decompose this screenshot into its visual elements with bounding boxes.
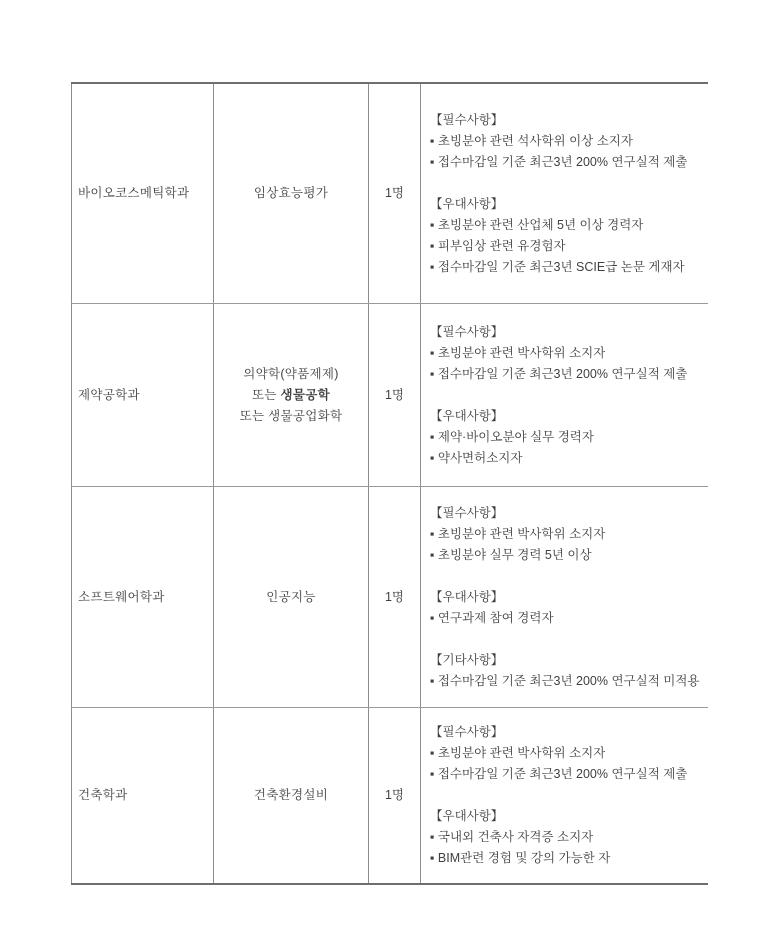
- requirement-section: 【필수사항】▪ 초빙분야 관련 박사학위 소지자▪ 접수마감일 기준 최근3년 …: [430, 322, 706, 385]
- table-row: 소프트웨어학과 인공지능 1명 【필수사항】▪ 초빙분야 관련 박사학위 소지자…: [71, 486, 708, 707]
- requirements-cell: 【필수사항】▪ 초빙분야 관련 석사학위 이상 소지자▪ 접수마감일 기준 최근…: [420, 84, 708, 303]
- table-row: 바이오코스메틱학과 임상효능평가 1명 【필수사항】▪ 초빙분야 관련 석사학위…: [71, 84, 708, 303]
- requirements-cell: 【필수사항】▪ 초빙분야 관련 박사학위 소지자▪ 초빙분야 실무 경력 5년 …: [420, 487, 708, 707]
- field-segment: 또는: [252, 388, 281, 402]
- department-cell: 소프트웨어학과: [71, 487, 213, 707]
- count-label: 1명: [385, 785, 404, 806]
- department-cell: 바이오코스메틱학과: [71, 84, 213, 303]
- table-row: 제약공학과 의약학(약품제제)또는 생물공학또는 생물공업화학 1명 【필수사항…: [71, 303, 708, 486]
- field-line: 건축환경설비: [254, 785, 328, 806]
- department-label: 제약공학과: [78, 385, 140, 406]
- requirement-item: ▪ 피부임상 관련 유경험자: [430, 236, 706, 257]
- count-label: 1명: [385, 587, 404, 608]
- field-segment: 건축환경설비: [254, 788, 328, 802]
- requirement-item: ▪ BIM관련 경험 및 강의 가능한 자: [430, 848, 706, 869]
- requirement-item: ▪ 접수마감일 기준 최근3년 200% 연구실적 제출: [430, 152, 706, 173]
- section-title: 【기타사항】: [430, 650, 706, 671]
- field-cell: 의약학(약품제제)또는 생물공학또는 생물공업화학: [213, 304, 368, 486]
- requirement-section: 【우대사항】▪ 연구과제 참여 경력자: [430, 587, 706, 629]
- requirements-cell: 【필수사항】▪ 초빙분야 관련 박사학위 소지자▪ 접수마감일 기준 최근3년 …: [420, 304, 708, 486]
- field-cell: 인공지능: [213, 487, 368, 707]
- requirement-item: ▪ 초빙분야 관련 박사학위 소지자: [430, 343, 706, 364]
- requirement-section: 【필수사항】▪ 초빙분야 관련 석사학위 이상 소지자▪ 접수마감일 기준 최근…: [430, 110, 706, 173]
- department-label: 바이오코스메틱학과: [78, 183, 189, 204]
- field-segment: 의약학(약품제제): [243, 367, 339, 381]
- requirement-item: ▪ 접수마감일 기준 최근3년 200% 연구실적 제출: [430, 364, 706, 385]
- field-line: 또는 생물공업화학: [240, 406, 343, 427]
- requirement-item: ▪ 접수마감일 기준 최근3년 200% 연구실적 미적용: [430, 671, 706, 692]
- requirement-section: 【필수사항】▪ 초빙분야 관련 박사학위 소지자▪ 초빙분야 실무 경력 5년 …: [430, 503, 706, 566]
- requirement-item: ▪ 제약·바이오분야 실무 경력자: [430, 427, 706, 448]
- count-cell: 1명: [368, 304, 420, 486]
- field-line: 의약학(약품제제): [243, 364, 339, 385]
- section-title: 【우대사항】: [430, 806, 706, 827]
- field-line: 임상효능평가: [254, 183, 328, 204]
- recruitment-table: 바이오코스메틱학과 임상효능평가 1명 【필수사항】▪ 초빙분야 관련 석사학위…: [71, 82, 708, 885]
- requirement-section: 【우대사항】▪ 제약·바이오분야 실무 경력자▪ 약사면허소지자: [430, 406, 706, 469]
- requirement-item: ▪ 국내외 건축사 자격증 소지자: [430, 827, 706, 848]
- requirement-item: ▪ 접수마감일 기준 최근3년 200% 연구실적 제출: [430, 764, 706, 785]
- requirement-section: 【우대사항】▪ 초빙분야 관련 산업체 5년 이상 경력자▪ 피부임상 관련 유…: [430, 194, 706, 278]
- department-label: 건축학과: [78, 785, 128, 806]
- requirement-item: ▪ 초빙분야 관련 박사학위 소지자: [430, 743, 706, 764]
- requirement-item: ▪ 접수마감일 기준 최근3년 SCIE급 논문 게재자: [430, 257, 706, 278]
- department-cell: 제약공학과: [71, 304, 213, 486]
- section-title: 【필수사항】: [430, 503, 706, 524]
- section-title: 【필수사항】: [430, 322, 706, 343]
- department-cell: 건축학과: [71, 708, 213, 883]
- requirement-item: ▪ 초빙분야 관련 산업체 5년 이상 경력자: [430, 215, 706, 236]
- count-cell: 1명: [368, 708, 420, 883]
- field-cell: 임상효능평가: [213, 84, 368, 303]
- count-cell: 1명: [368, 84, 420, 303]
- count-cell: 1명: [368, 487, 420, 707]
- requirement-section: 【기타사항】▪ 접수마감일 기준 최근3년 200% 연구실적 미적용: [430, 650, 706, 692]
- section-title: 【우대사항】: [430, 406, 706, 427]
- document-page: 바이오코스메틱학과 임상효능평가 1명 【필수사항】▪ 초빙분야 관련 석사학위…: [0, 0, 778, 941]
- requirement-section: 【필수사항】▪ 초빙분야 관련 박사학위 소지자▪ 접수마감일 기준 최근3년 …: [430, 722, 706, 785]
- field-segment: 또는 생물공업화학: [240, 409, 343, 423]
- count-label: 1명: [385, 385, 404, 406]
- section-title: 【필수사항】: [430, 110, 706, 131]
- requirement-item: ▪ 약사면허소지자: [430, 448, 706, 469]
- field-segment-bold: 생물공학: [281, 388, 331, 402]
- field-cell: 건축환경설비: [213, 708, 368, 883]
- requirement-item: ▪ 초빙분야 실무 경력 5년 이상: [430, 545, 706, 566]
- section-title: 【우대사항】: [430, 587, 706, 608]
- count-label: 1명: [385, 183, 404, 204]
- requirement-item: ▪ 초빙분야 관련 석사학위 이상 소지자: [430, 131, 706, 152]
- field-line: 인공지능: [266, 587, 316, 608]
- requirement-item: ▪ 연구과제 참여 경력자: [430, 608, 706, 629]
- field-segment: 임상효능평가: [254, 186, 328, 200]
- requirements-cell: 【필수사항】▪ 초빙분야 관련 박사학위 소지자▪ 접수마감일 기준 최근3년 …: [420, 708, 708, 883]
- requirement-item: ▪ 초빙분야 관련 박사학위 소지자: [430, 524, 706, 545]
- section-title: 【필수사항】: [430, 722, 706, 743]
- requirement-section: 【우대사항】▪ 국내외 건축사 자격증 소지자▪ BIM관련 경험 및 강의 가…: [430, 806, 706, 869]
- field-segment: 인공지능: [266, 590, 316, 604]
- section-title: 【우대사항】: [430, 194, 706, 215]
- department-label: 소프트웨어학과: [78, 587, 165, 608]
- table-row: 건축학과 건축환경설비 1명 【필수사항】▪ 초빙분야 관련 박사학위 소지자▪…: [71, 707, 708, 883]
- field-line: 또는 생물공학: [252, 385, 330, 406]
